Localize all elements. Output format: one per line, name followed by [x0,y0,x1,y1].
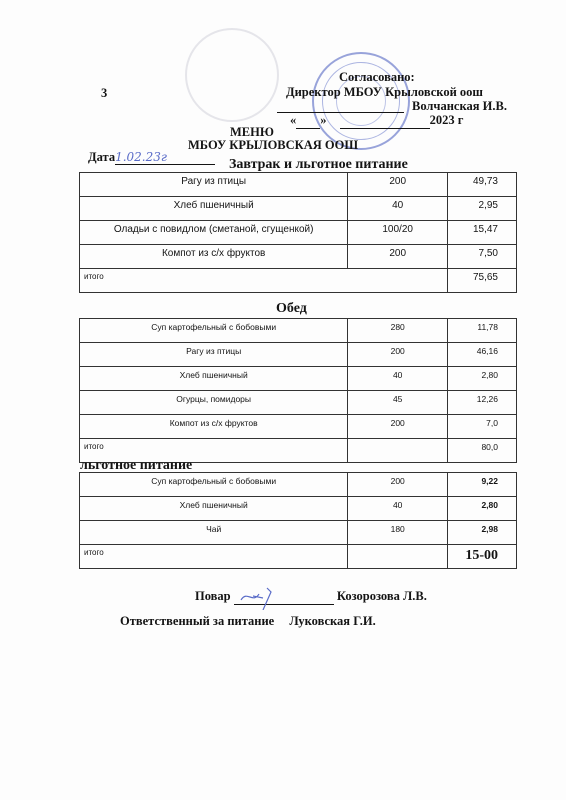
breakfast-table: Рагу из птицы20049,73Хлеб пшеничный402,9… [79,172,517,293]
dish-name: Огурцы, помидоры [80,391,348,415]
approver-name: Волчанская И.В. [412,99,507,114]
table-row: Хлеб пшеничный402,80 [80,367,517,391]
total-label: итого [80,545,348,569]
price: 49,73 [448,173,517,197]
table-row: Рагу из птицы20046,16 [80,343,517,367]
cook-name: Козорозова Л.В. [337,589,427,603]
dish-name: Рагу из птицы [80,343,348,367]
day-blank [296,113,320,129]
table-row: Суп картофельный с бобовыми2009,22 [80,473,517,497]
price: 7,50 [448,245,517,269]
price: 2,80 [448,367,517,391]
dish-name: Компот из с/х фруктов [80,415,348,439]
lunch-table: Суп картофельный с бобовыми28011,78Рагу … [79,318,517,463]
dish-name: Хлеб пшеничный [80,367,348,391]
price: 15,47 [448,221,517,245]
dish-name: Хлеб пшеничный [80,197,348,221]
total-portion-empty [348,439,448,463]
price: 9,22 [448,473,517,497]
portion-size: 280 [348,319,448,343]
price: 2,98 [448,521,517,545]
table-row: Оладьи с повидлом (сметаной, сгущенкой)1… [80,221,517,245]
table-row: Хлеб пшеничный402,80 [80,497,517,521]
table-row: Рагу из птицы20049,73 [80,173,517,197]
portion-size: 200 [348,415,448,439]
date-close-quote: » [320,113,326,127]
month-blank [340,113,430,129]
approved-label: Согласовано: [339,70,415,85]
table-row: Компот из с/х фруктов2007,50 [80,245,517,269]
cook-signature-icon [233,584,293,610]
section-title-lunch: Обед [276,301,307,317]
portion-size: 200 [348,173,448,197]
dish-name: Рагу из птицы [80,173,348,197]
total-value: 75,65 [448,269,517,293]
portion-size: 45 [348,391,448,415]
page-number: 3 [101,86,107,101]
table-row: Чай1802,98 [80,521,517,545]
section-title-breakfast: Завтрак и льготное питание [229,157,408,173]
price: 7,0 [448,415,517,439]
total-label: итого [80,269,348,293]
portion-size: 200 [348,245,448,269]
table-row: Огурцы, помидоры4512,26 [80,391,517,415]
price: 2,80 [448,497,517,521]
total-row: итого15-00 [80,545,517,569]
price: 12,26 [448,391,517,415]
dish-name: Суп картофельный с бобовыми [80,319,348,343]
table-row: Хлеб пшеничный402,95 [80,197,517,221]
total-portion-empty [348,545,448,569]
ghost-stamp [185,28,279,122]
dish-name: Оладьи с повидлом (сметаной, сгущенкой) [80,221,348,245]
date-value: 1.02.23г [115,150,215,165]
portion-size: 180 [348,521,448,545]
table-row: Компот из с/х фруктов2007,0 [80,415,517,439]
cook-label: Повар [195,589,231,603]
dish-name: Хлеб пшеничный [80,497,348,521]
benefit-table: Суп картофельный с бобовыми2009,22Хлеб п… [79,472,517,569]
year-label: 2023 г [430,113,464,127]
portion-size: 200 [348,473,448,497]
responsible-label: Ответственный за питание [120,614,274,628]
approver-title: Директор МБОУ Крыловской оош [286,85,483,100]
portion-size: 40 [348,367,448,391]
portion-size: 200 [348,343,448,367]
portion-size: 40 [348,497,448,521]
dish-name: Компот из с/х фруктов [80,245,348,269]
total-portion-empty [348,269,448,293]
price: 11,78 [448,319,517,343]
price: 46,16 [448,343,517,367]
official-stamp [312,52,410,150]
portion-size: 100/20 [348,221,448,245]
date-label: Дата [88,150,115,164]
dish-name: Суп картофельный с бобовыми [80,473,348,497]
table-row: Суп картофельный с бобовыми28011,78 [80,319,517,343]
total-row: итого75,65 [80,269,517,293]
price: 2,95 [448,197,517,221]
total-value: 15-00 [448,545,517,569]
portion-size: 40 [348,197,448,221]
dish-name: Чай [80,521,348,545]
total-value: 80,0 [448,439,517,463]
responsible-name: Луковская Г.И. [289,614,375,628]
